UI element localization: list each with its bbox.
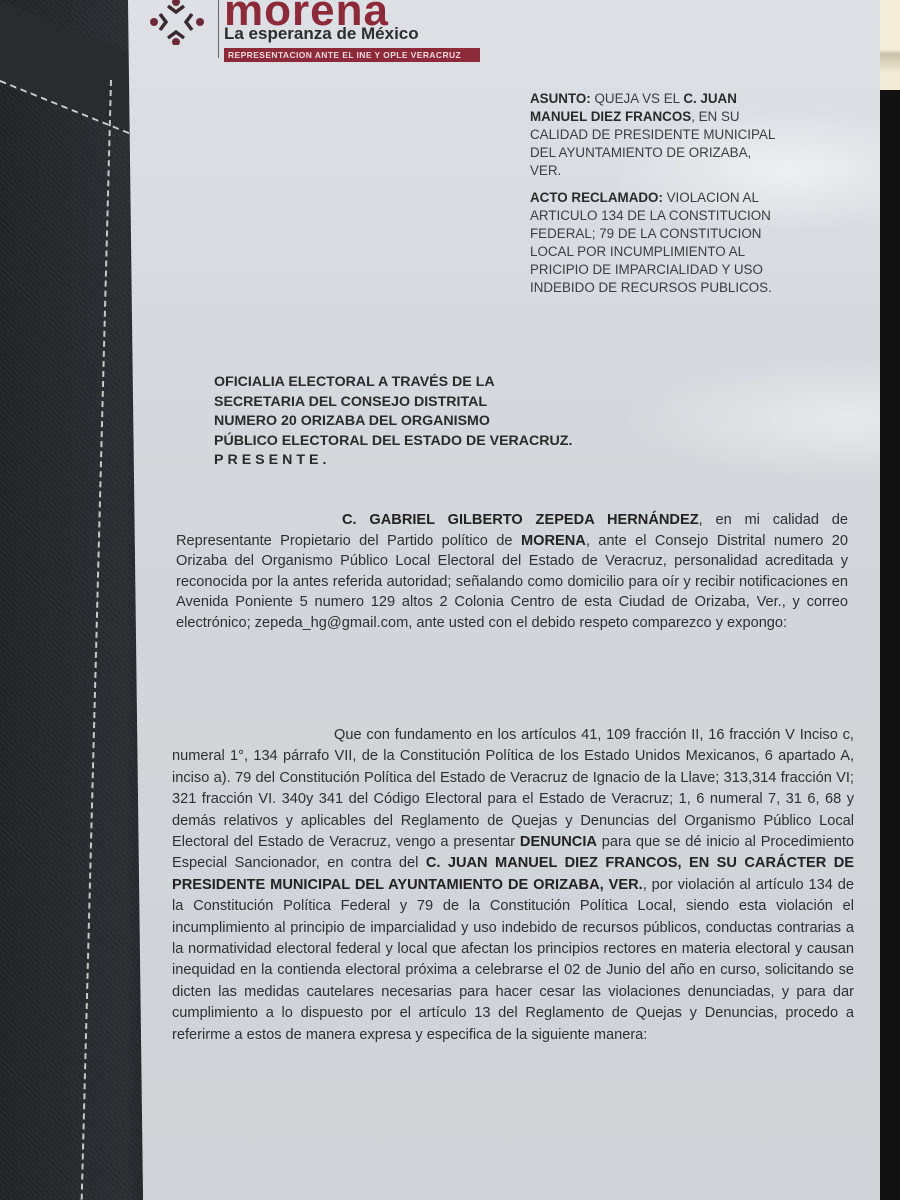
letterhead-logo: morena La esperanza de México REPRESENTA… [138, 0, 478, 70]
logo-band: REPRESENTACION ANTE EL INE Y OPLE VERACR… [224, 48, 480, 62]
recipient-line: PÚBLICO ELECTORAL DEL ESTADO DE VERACRUZ… [214, 432, 634, 452]
presente-line: PRESENTE. [214, 451, 634, 471]
logo-divider [218, 0, 219, 58]
paragraph-text: Que con fundamento en los artículos 41, … [172, 727, 854, 850]
document-page: morena La esperanza de México REPRESENTA… [128, 0, 880, 1200]
recipient-line: SECRETARIA DEL CONSEJO DISTRITAL [214, 393, 634, 413]
complaint-paragraph: Que con fundamento en los artículos 41, … [172, 725, 854, 1046]
morena-star-icon [146, 0, 212, 45]
logo-tagline: La esperanza de México [224, 24, 419, 44]
recipient-line: OFICIALIA ELECTORAL A TRAVÉS DE LA [214, 373, 634, 393]
introduction-paragraph: C. GABRIEL GILBERTO ZEPEDA HERNÁNDEZ, en… [176, 510, 848, 634]
recipient-block: OFICIALIA ELECTORAL A TRAVÉS DE LA SECRE… [214, 373, 634, 471]
party-name: MORENA [521, 533, 586, 549]
subject-block: ASUNTO: QUEJA VS EL C. JUAN MANUEL DIEZ … [530, 90, 780, 180]
paragraph-text: , por violación al artículo 134 de la Co… [172, 877, 854, 1043]
claimed-act-label: ACTO RECLAMADO: [530, 190, 663, 205]
recipient-line: NUMERO 20 ORIZABA DEL ORGANISMO [214, 412, 634, 432]
denuncia-label: DENUNCIA [520, 834, 597, 850]
subject-text-pre: QUEJA VS EL [595, 91, 684, 106]
claimed-act-block: ACTO RECLAMADO: VIOLACION AL ARTICULO 13… [530, 189, 780, 297]
complainant-name: C. GABRIEL GILBERTO ZEPEDA HERNÁNDEZ [342, 512, 699, 528]
claimed-act-text: VIOLACION AL ARTICULO 134 DE LA CONSTITU… [530, 190, 772, 295]
subject-label: ASUNTO: [530, 91, 591, 106]
